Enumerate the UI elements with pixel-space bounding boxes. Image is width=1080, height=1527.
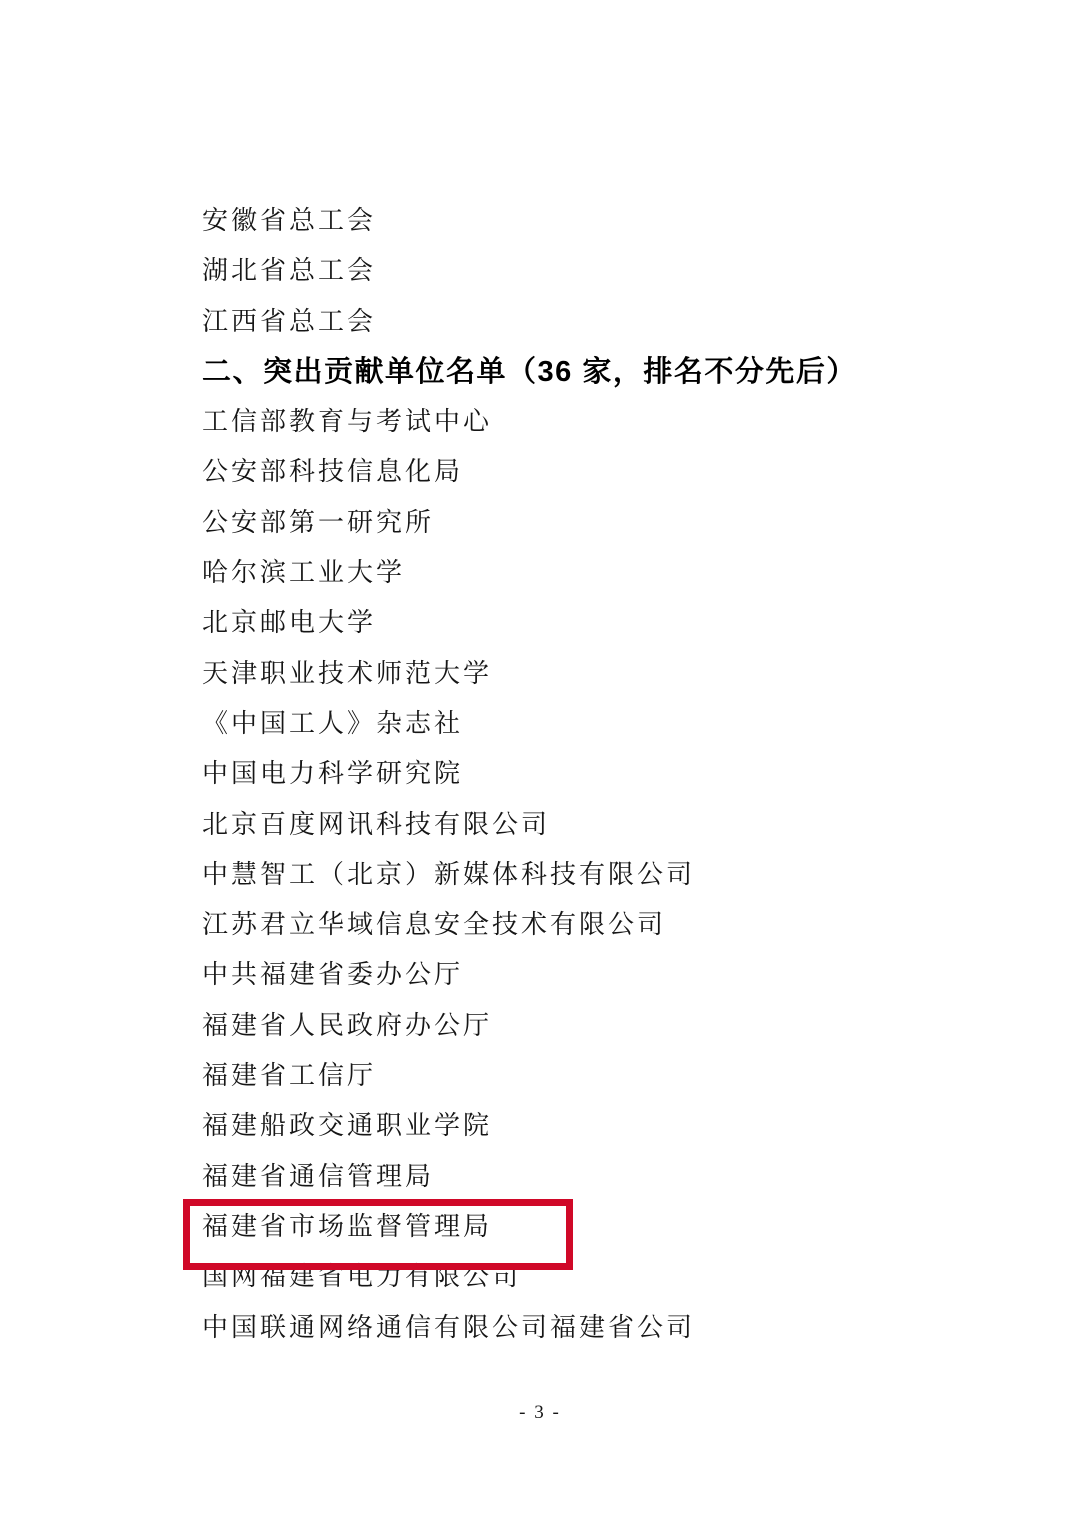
list-item: 中国电力科学研究院 (202, 749, 857, 799)
list-item: 中国联通网络通信有限公司福建省公司 (202, 1303, 857, 1353)
list-item: 北京百度网讯科技有限公司 (202, 800, 857, 850)
list-item: 公安部科技信息化局 (202, 447, 857, 497)
list-item: 《中国工人》杂志社 (202, 699, 857, 749)
document-page: 安徽省总工会 湖北省总工会 江西省总工会 二、突出贡献单位名单（36 家，排名不… (0, 0, 1080, 1527)
page-number: - 3 - (0, 1396, 1080, 1430)
list-item: 公安部第一研究所 (202, 498, 857, 548)
list-item: 江苏君立华域信息安全技术有限公司 (202, 900, 857, 950)
list-item: 福建省人民政府办公厅 (202, 1001, 857, 1051)
list-item: 工信部教育与考试中心 (202, 397, 857, 447)
list-item: 中慧智工（北京）新媒体科技有限公司 (202, 850, 857, 900)
list-item: 湖北省总工会 (202, 246, 857, 296)
list-item-highlighted: 福建省市场监督管理局 (202, 1202, 857, 1252)
document-body: 安徽省总工会 湖北省总工会 江西省总工会 二、突出贡献单位名单（36 家，排名不… (202, 196, 857, 1353)
list-item: 安徽省总工会 (202, 196, 857, 246)
list-item: 哈尔滨工业大学 (202, 548, 857, 598)
section-heading: 二、突出贡献单位名单（36 家，排名不分先后） (202, 347, 857, 397)
list-item: 福建船政交通职业学院 (202, 1101, 857, 1151)
list-item: 国网福建省电力有限公司 (202, 1252, 857, 1302)
list-item: 福建省通信管理局 (202, 1152, 857, 1202)
list-item: 天津职业技术师范大学 (202, 649, 857, 699)
list-item: 中共福建省委办公厅 (202, 950, 857, 1000)
list-item: 福建省工信厅 (202, 1051, 857, 1101)
list-item: 北京邮电大学 (202, 598, 857, 648)
list-item: 江西省总工会 (202, 297, 857, 347)
